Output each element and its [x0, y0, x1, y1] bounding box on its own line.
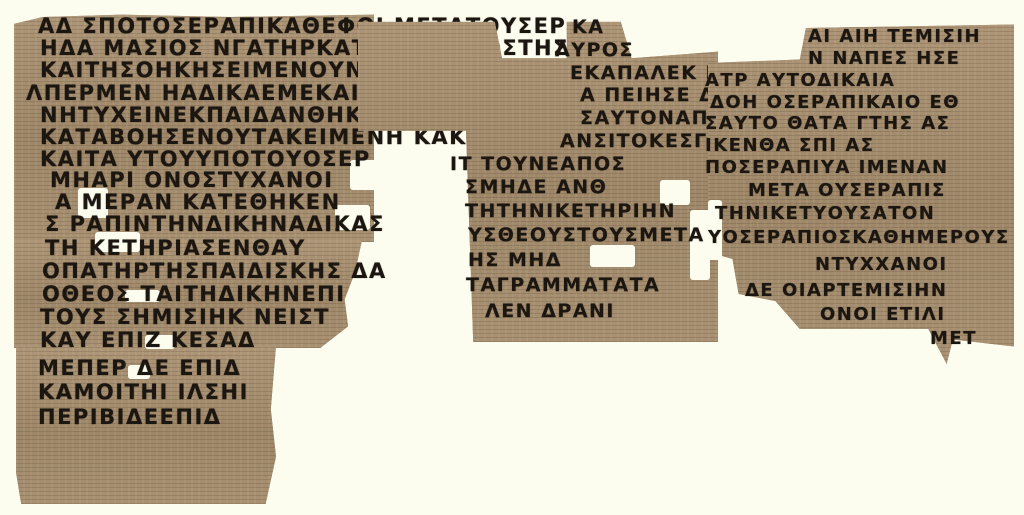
text-line: Α ΜΕΡΑΝ ΚΑΤΕΘΗΚΕΝ: [55, 190, 341, 214]
text-line: ΟΠΑΤΗΡΤΗΣΠΑΙΔΙΣΚΗΣ ΔΑ: [42, 259, 387, 283]
text-line: ΣΜΗΔΕ ΑΝΘ: [465, 176, 607, 198]
text-line: ΜΗΑΡΙ ΟΝΟΣΤΥΧΑΝΟΙ: [50, 168, 334, 192]
text-line: ΚΑ: [572, 16, 604, 38]
text-line: ΔΟΗ ΟΣΕΡΑΠΙΚΑΙΟ ΕΘ: [710, 92, 960, 113]
text-line: ΤΗΤΗΝΙΚΕΤΗΡΙΗΝ: [465, 200, 676, 222]
text-line: ΤΗΝΙΚΕΤΥΟΥΣΑΤΟΝ: [715, 203, 935, 224]
text-line: ΜΕΤ: [930, 328, 977, 349]
text-line: ΙΤ ΤΟΥΝΕΑΠΟΣ: [450, 153, 626, 175]
text-line: ΥΣΘΕΟΥΣΤΟΥΣΜΕΤΑ: [468, 224, 705, 246]
text-line: ΚΑΜΟΙΤΗΙ ΙΛΣΗΙ: [38, 380, 249, 404]
text-line: Ν ΝΑΠΕΣ ΗΣΕ: [808, 48, 960, 69]
text-line: ΥΟΣΕΡΑΠΙΟΣΚΑΘΗΜΕΡΟΥΣ: [708, 227, 1010, 248]
text-line: ΗΔΑ ΜΑΣΙΟΣ ΝΓΑΤΗΡΚΑΤΑ ΟΠΑΤΡΟΣΤΗΣΟ: [40, 36, 588, 60]
text-line: ΟΝΟΙ ΕΤΙΛΙ: [820, 304, 946, 325]
text-line: ΗΣ ΜΗΔ: [468, 249, 562, 271]
text-line: ΠΟΣΕΡΑΠΙΥΑ ΙΜΕΝΑΝ: [705, 157, 949, 178]
text-line: Σ ΡΑΠΙΝΤΗΝΔΙΚΗΝΑΔΙΚΑΣ: [45, 212, 385, 236]
text-line: ΣΑΥΤΟ ΘΑΤΑ ΓΤΗΣ ΑΣ: [705, 113, 950, 134]
text-line: ΝΤΥΧΧΑΝΟΙ: [815, 254, 948, 275]
text-line: ΛΥΡΟΣ: [555, 39, 634, 61]
text-line: ΑΤΡ ΑΥΤΟΔΙΚΑΙΑ: [705, 70, 895, 91]
text-line: ΛΕΝ ΔΡΑΝΙ: [485, 300, 615, 322]
text-line: ΑΙ ΑΙΗ ΤΕΜΙΣΙΗ: [808, 26, 981, 47]
papyrus-photograph: ΑΔ ΣΠΟΤΟΣΕΡΑΠΙΚΑΘΕΦΟΙ ΜΕΤΑΤΟΥΣΕΡ ΗΔΑ ΜΑΣ…: [0, 0, 1024, 515]
text-line: ΔΕ ΟΙΑΡΤΕΜΙΣΙΗΝ: [745, 280, 947, 301]
text-line: ΟΘΕΟΣ ΤΑΙΤΗΔΙΚΗΝΕΠΙ: [42, 282, 346, 306]
text-line: ΙΚΕΝΘΑ ΣΠΙ ΑΣ: [705, 135, 875, 156]
text-line: Α ΠΕΙΗΣΕ Δ: [580, 84, 715, 106]
text-line: ΤΗ ΚΕΤΗΡΙΑΣΕΝΘΑΥ: [45, 236, 306, 260]
text-line: ΚΑΥ ΕΠΙΖ ΚΕΣΑΔ: [40, 328, 256, 352]
text-line: ΜΕΤΑ ΟΥΣΕΡΑΠΙΣ: [748, 180, 946, 201]
text-line: ΠΕΡΙΒΙΔΕΕΠΙΔ: [38, 405, 222, 429]
text-line: ΤΑΓΡΑΜΜΑΤΑΤΑ: [466, 274, 660, 296]
text-line: ΜΕΠΕΡ ΔΕ ΕΠΙΔ: [38, 356, 241, 380]
text-line: ΤΟΥΣ ΣΗΜΙΣΙΗΚ ΝΕΙΣΤ: [40, 305, 330, 329]
